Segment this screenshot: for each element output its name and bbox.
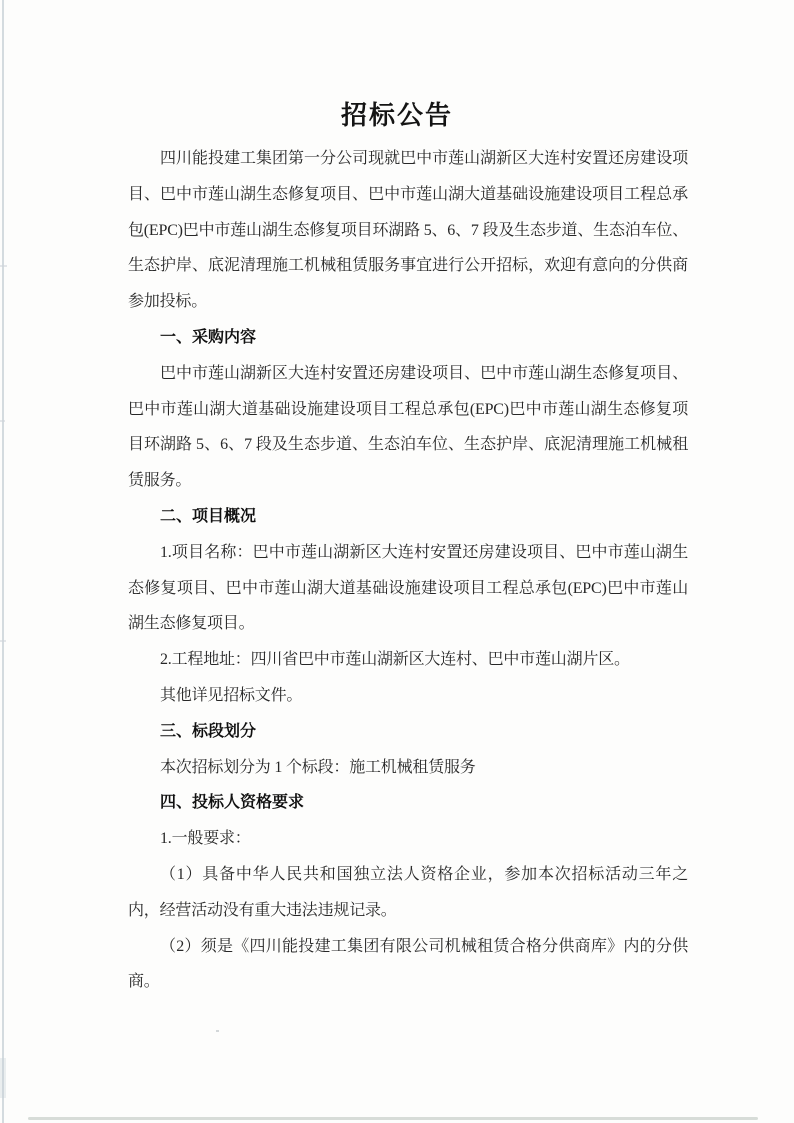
section-heading-2: 二、项目概况	[128, 499, 688, 535]
requirement-2-paragraph: （2）须是《四川能投建工集团有限公司机械租赁合格分供商库》内的分供商。	[128, 929, 688, 1001]
scan-bottom-edge-line	[28, 1117, 758, 1120]
project-name-paragraph: 1.项目名称：巴中市莲山湖新区大连村安置还房建设项目、巴中市莲山湖生态修复项目、…	[128, 535, 688, 642]
procurement-content-paragraph: 巴中市莲山湖新区大连村安置还房建设项目、巴中市莲山湖生态修复项目、巴中市莲山湖大…	[128, 356, 688, 499]
requirement-1-paragraph: （1）具备中华人民共和国独立法人资格企业，参加本次招标活动三年之内，经营活动没有…	[128, 857, 688, 929]
scan-speck	[216, 1030, 219, 1032]
section-heading-4: 四、投标人资格要求	[128, 785, 688, 821]
scan-smudge	[0, 640, 6, 642]
intro-paragraph: 四川能投建工集团第一分公司现就巴中市莲山湖新区大连村安置还房建设项目、巴中市莲山…	[128, 141, 688, 320]
scan-smudge	[0, 420, 5, 422]
general-requirements-paragraph: 1.一般要求：	[128, 821, 688, 857]
document-title: 招标公告	[0, 95, 794, 135]
section-heading-3: 三、标段划分	[128, 714, 688, 750]
see-tender-docs-paragraph: 其他详见招标文件。	[128, 678, 688, 714]
scanned-document-page: 招标公告 四川能投建工集团第一分公司现就巴中市莲山湖新区大连村安置还房建设项目、…	[0, 0, 794, 1123]
scan-smudge	[0, 1058, 6, 1098]
section-heading-1: 一、采购内容	[128, 320, 688, 356]
document-body: 四川能投建工集团第一分公司现就巴中市莲山湖新区大连村安置还房建设项目、巴中市莲山…	[128, 141, 688, 1000]
lot-division-paragraph: 本次招标划分为 1 个标段：施工机械租赁服务	[128, 750, 688, 786]
scan-smudge	[0, 265, 7, 267]
project-location-paragraph: 2.工程地址：四川省巴中市莲山湖新区大连村、巴中市莲山湖片区。	[128, 642, 688, 678]
scan-left-edge-line	[2, 0, 4, 1123]
